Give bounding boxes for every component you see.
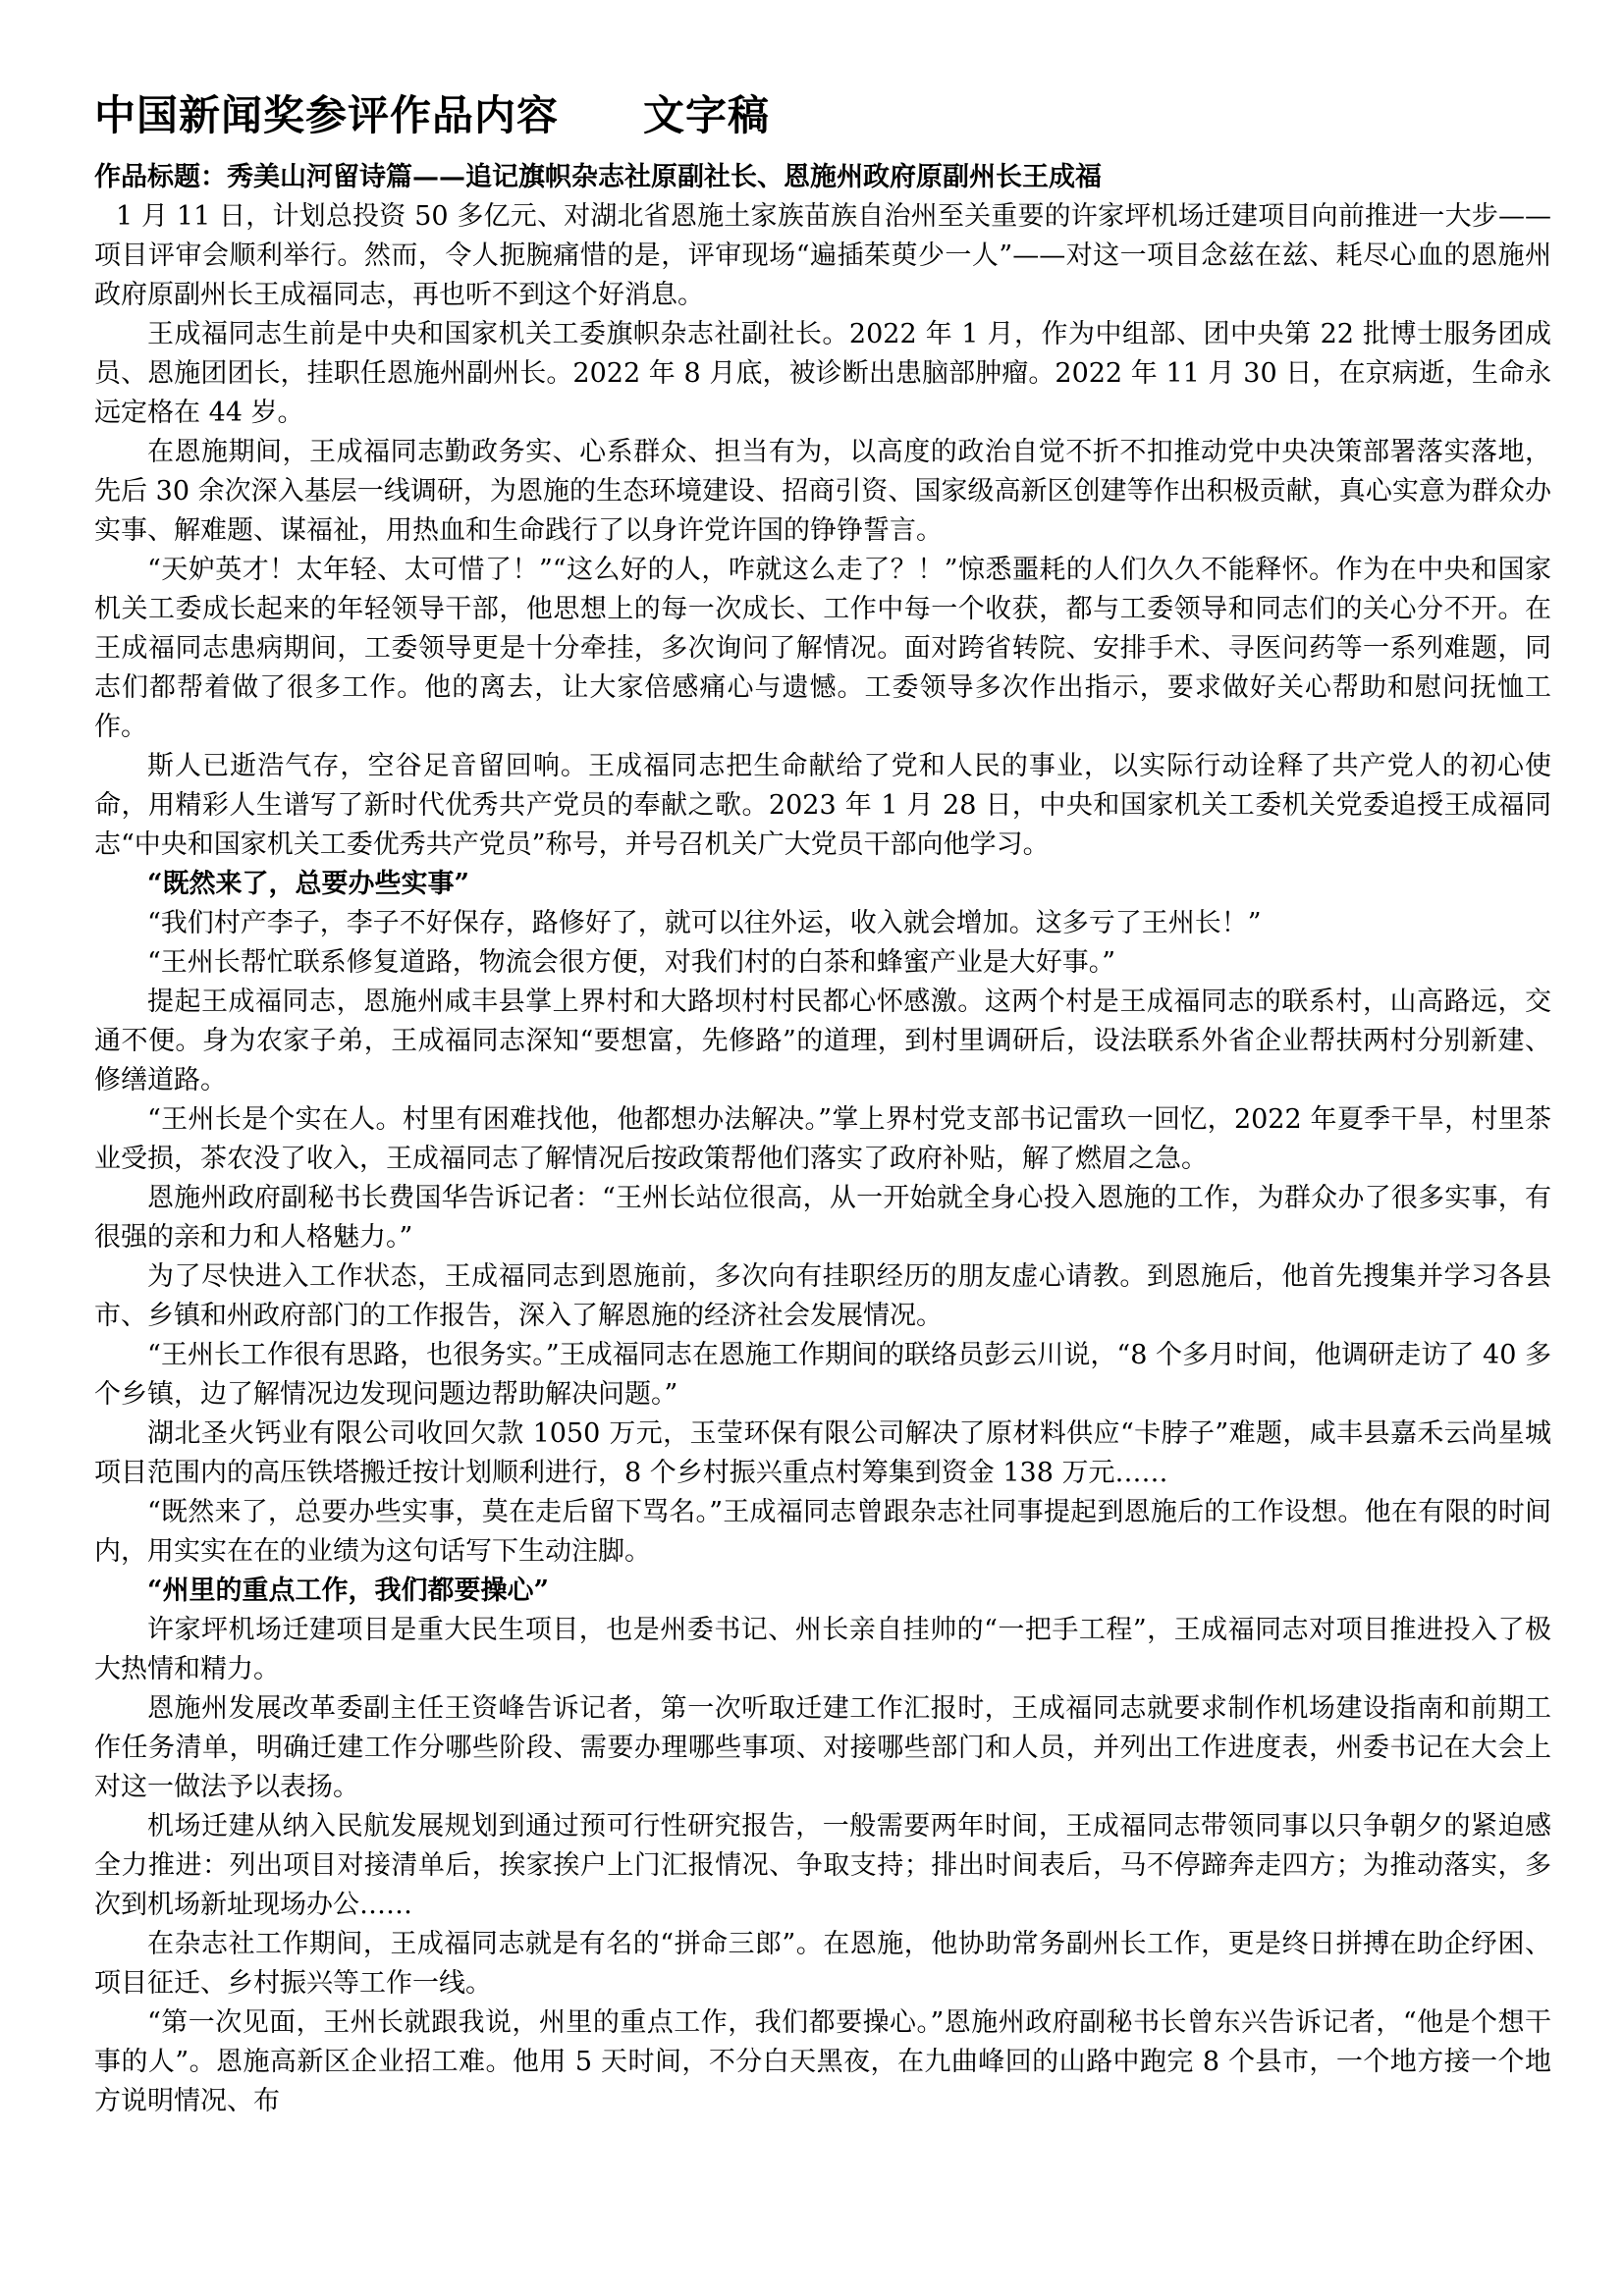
section-heading-1: “既然来了，总要办些实事” xyxy=(94,865,1551,904)
section-heading-2: “州里的重点工作，我们都要操心” xyxy=(94,1572,1551,1611)
paragraph: 恩施州政府副秘书长费国华告诉记者：“王州长站位很高，从一开始就全身心投入恩施的工… xyxy=(94,1179,1551,1257)
paragraph: 机场迁建从纳入民航发展规划到通过预可行性研究报告，一般需要两年时间，王成福同志带… xyxy=(94,1807,1551,1925)
paragraph: 斯人已逝浩气存，空谷足音留回响。王成福同志把生命献给了党和人民的事业，以实际行动… xyxy=(94,747,1551,865)
document-page: 中国新闻奖参评作品内容 文字稿 作品标题：秀美山河留诗篇——追记旗帜杂志社原副社… xyxy=(0,0,1624,2296)
paragraph: 为了尽快进入工作状态，王成福同志到恩施前，多次向有挂职经历的朋友虚心请教。到恩施… xyxy=(94,1257,1551,1336)
document-title: 中国新闻奖参评作品内容 文字稿 xyxy=(94,90,1551,142)
paragraph: “王州长是个实在人。村里有困难找他，他都想办法解决。”掌上界村党支部书记雷玖一回… xyxy=(94,1100,1551,1179)
document-body: 1 月 11 日，计划总投资 50 多亿元、对湖北省恩施土家族苗族自治州至关重要… xyxy=(94,197,1551,2121)
paragraph: 在杂志社工作期间，王成福同志就是有名的“拼命三郎”。在恩施，他协助常务副州长工作… xyxy=(94,1925,1551,2003)
paragraph: 湖北圣火钙业有限公司收回欠款 1050 万元，玉莹环保有限公司解决了原材料供应“… xyxy=(94,1415,1551,1493)
paragraph: “王州长工作很有思路，也很务实。”王成福同志在恩施工作期间的联络员彭云川说，“8… xyxy=(94,1336,1551,1415)
paragraph: 1 月 11 日，计划总投资 50 多亿元、对湖北省恩施土家族苗族自治州至关重要… xyxy=(94,197,1551,315)
document-subtitle: 作品标题：秀美山河留诗篇——追记旗帜杂志社原副社长、恩施州政府原副州长王成福 xyxy=(94,158,1551,197)
paragraph: 恩施州发展改革委副主任王资峰告诉记者，第一次听取迁建工作汇报时，王成福同志就要求… xyxy=(94,1689,1551,1807)
paragraph: 许家坪机场迁建项目是重大民生项目，也是州委书记、州长亲自挂帅的“一把手工程”，王… xyxy=(94,1611,1551,1689)
paragraph: “既然来了，总要办些实事，莫在走后留下骂名。”王成福同志曾跟杂志社同事提起到恩施… xyxy=(94,1493,1551,1572)
paragraph: “王州长帮忙联系修复道路，物流会很方便，对我们村的白茶和蜂蜜产业是大好事。” xyxy=(94,943,1551,983)
paragraph: 王成福同志生前是中央和国家机关工委旗帜杂志社副社长。2022 年 1 月，作为中… xyxy=(94,315,1551,433)
paragraph: “天妒英才！太年轻、太可惜了！”“这么好的人，咋就这么走了？！”惊悉噩耗的人们久… xyxy=(94,551,1551,747)
paragraph: “我们村产李子，李子不好保存，路修好了，就可以往外运，收入就会增加。这多亏了王州… xyxy=(94,904,1551,943)
paragraph: 提起王成福同志，恩施州咸丰县掌上界村和大路坝村村民都心怀感激。这两个村是王成福同… xyxy=(94,983,1551,1100)
paragraph: 在恩施期间，王成福同志勤政务实、心系群众、担当有为，以高度的政治自觉不折不扣推动… xyxy=(94,433,1551,551)
paragraph: “第一次见面，王州长就跟我说，州里的重点工作，我们都要操心。”恩施州政府副秘书长… xyxy=(94,2003,1551,2121)
